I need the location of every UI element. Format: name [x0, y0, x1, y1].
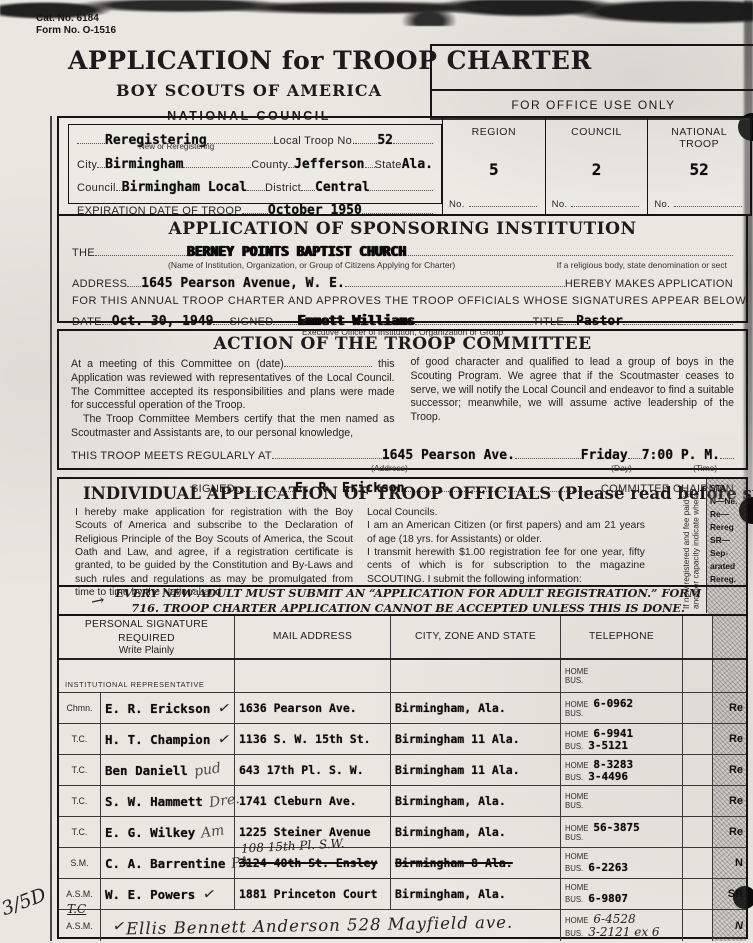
bus-label: BUS.	[565, 774, 583, 782]
signature-cell: W. E. Powers✓	[101, 879, 235, 909]
day-caption: (Day)	[611, 463, 632, 473]
city-cell: Birmingham, Ala.	[391, 879, 561, 909]
signed-label: SIGNED	[229, 316, 273, 328]
address-cell	[235, 660, 391, 692]
district-value: Central	[315, 180, 370, 195]
title-label: TITLE	[533, 316, 564, 328]
telephone-line: BUS.3-5121	[565, 740, 628, 751]
address-cell: 1741 Cleburn Ave.	[235, 786, 391, 816]
role-cell: S.M.	[59, 848, 101, 878]
troop-no-label: Local Troop No.	[273, 135, 355, 147]
city-value: Birmingham 11 Ala.	[395, 732, 520, 746]
institution-caption: (Name of Institution, Organization, or G…	[168, 260, 455, 270]
religious-caption: If a religious body, state denomination …	[557, 260, 727, 270]
signature-cell: E. R. Erickson✓	[101, 693, 235, 723]
role-value: Chmn.	[67, 703, 93, 713]
bus-label: BUS.	[565, 743, 583, 751]
signature-value: H. T. Champion	[105, 732, 210, 747]
city-value: Birmingham, Ala.	[395, 701, 506, 715]
office-use-label: FOR OFFICE USE ONLY	[432, 89, 753, 118]
home-value: 8-3283	[593, 759, 633, 770]
committee-text: At a meeting of this Committee on (date)…	[71, 356, 734, 441]
signature-value: S. W. Hammett	[105, 794, 203, 809]
city-cell	[391, 660, 561, 692]
signature-value: W. E. Powers	[105, 887, 195, 902]
inst-rep-cell: INSTITUTIONAL REPRESENTATIVE	[59, 660, 235, 692]
address-cell: 1136 S. W. 15th St.	[235, 724, 391, 754]
signature-cell: H. T. Champion✓	[101, 724, 235, 754]
status-code: Re	[729, 826, 743, 838]
office-grid: REGION 5 No. COUNCIL 2 No. NATIONAL TROO…	[442, 118, 750, 214]
spacer-cell	[683, 786, 713, 816]
individual-section: INDIVIDUAL APPLICATION OF TROOP OFFICIAL…	[57, 477, 748, 939]
region-value: 5	[443, 160, 545, 179]
signature-cell: C. A. BarrentinePA	[101, 848, 235, 878]
signature-cell: E. G. WilkeyAm	[101, 817, 235, 847]
table-row: T.CA.S.M.✓Ellis Bennett Anderson 528 May…	[59, 910, 746, 941]
table-row: A.S.M.W. E. Powers✓1881 Princeton CourtB…	[59, 879, 746, 910]
city-value: Birmingham, Ala.	[395, 887, 506, 901]
address-value: 643 17th Pl. S. W.	[239, 763, 364, 777]
city-value: Birmingham 11 Ala.	[395, 763, 520, 777]
spacer-cell	[683, 848, 713, 878]
signature-value: E. R. Erickson	[105, 701, 210, 716]
city-label: City	[77, 159, 97, 171]
role-cell: Chmn.	[59, 693, 101, 723]
margin-note: 3/5D	[0, 884, 49, 920]
committee-col-2: of good character and qualified to lead …	[411, 356, 735, 441]
committee-heading: ACTION OF THE TROOP COMMITTEE	[71, 334, 734, 354]
left-frame-line	[50, 116, 52, 941]
handwritten-note: Am	[200, 822, 225, 841]
city-cell: Birmingham, Ala.	[391, 693, 561, 723]
telephone-cell: HOME6-9941BUS.3-5121	[561, 724, 683, 754]
home-label: HOME	[565, 853, 588, 861]
officials-table: PERSONAL SIGNATURE REQUIRED Write Plainl…	[59, 616, 746, 937]
signature-value: E. G. Wilkey	[105, 825, 195, 840]
registration-section: Reregistering Local Troop No. 52 New or …	[57, 116, 752, 216]
status-cell: N	[713, 910, 746, 941]
telephone-line: BUS.3-2121 ex 6	[565, 926, 660, 938]
status-cell: N	[713, 848, 746, 878]
time-caption: (Time)	[693, 463, 717, 473]
page-title: APPLICATION for TROOP CHARTER	[68, 46, 430, 75]
telephone-cell: HOME BUS.	[561, 660, 683, 692]
address-value: 1881 Princeton Court	[239, 887, 377, 901]
role-value: S.M.	[70, 858, 88, 868]
sponsor-date-value: Oct. 30, 1949	[112, 314, 214, 329]
table-header-row: PERSONAL SIGNATURE REQUIRED Write Plainl…	[59, 616, 746, 660]
signature-header-cell: PERSONAL SIGNATURE REQUIRED Write Plainl…	[59, 616, 235, 658]
troop-no-value: 52	[377, 133, 393, 148]
sponsor-section: APPLICATION OF SPONSORING INSTITUTION TH…	[57, 214, 748, 323]
bus-label: BUS.	[565, 930, 583, 938]
role-value: T.C.	[72, 765, 88, 775]
telephone-cell: HOME8-3283BUS.3-4496	[561, 755, 683, 785]
home-label: HOME	[565, 762, 588, 770]
home-label: HOME	[565, 825, 588, 833]
national-troop-label: NATIONAL TROOP	[664, 126, 734, 150]
telephone-line: HOME	[565, 853, 593, 861]
cat-no: Cat. No. 6184	[36, 13, 116, 25]
no-label: No.	[654, 199, 670, 210]
office-use-box: FOR OFFICE USE ONLY	[430, 44, 753, 120]
home-label: HOME	[565, 793, 588, 801]
status-cell: Re	[713, 724, 746, 754]
status-cell: SR	[713, 879, 746, 909]
check-icon: ✓	[217, 729, 233, 749]
city-cell: Birmingham, Ala.	[391, 817, 561, 847]
date-label: DATE	[72, 316, 102, 328]
notice-text: EVERY NEW ADULT MUST SUBMIT AN “APPLICAT…	[110, 586, 746, 614]
telephone-line: BUS.	[565, 834, 588, 842]
inst-rep-label: INSTITUTIONAL REPRESENTATIVE	[65, 680, 204, 689]
no-label: No.	[552, 199, 568, 210]
status-code: N	[735, 920, 743, 932]
home-label: HOME	[565, 884, 588, 892]
city-value: Birmingham 8 Ala.	[395, 856, 513, 870]
home-value: 6-4528	[593, 913, 635, 925]
spacer-cell	[683, 660, 713, 692]
state-label: State	[375, 159, 402, 171]
role-correction: T.C	[67, 902, 86, 916]
meets-line: THIS TROOP MEETS REGULARLY AT 1645 Pears…	[71, 445, 734, 463]
registration-fields: Reregistering Local Troop No. 52 New or …	[68, 124, 442, 204]
telephone-line: HOME8-3283	[565, 759, 633, 770]
adult-registration-notice: → EVERY NEW ADULT MUST SUBMIT AN “APPLIC…	[59, 585, 746, 616]
role-value: A.S.M.	[66, 921, 92, 931]
address-label: ADDRESS	[72, 278, 127, 290]
county-value: Jefferson	[294, 157, 364, 172]
meets-time-value: 7:00 P. M.	[642, 448, 720, 463]
meets-captions: (Address) (Day) (Time)	[71, 463, 734, 474]
telephone-cell: HOME6-0962BUS.	[561, 693, 683, 723]
committee-col-1: At a meeting of this Committee on (date)…	[71, 356, 395, 441]
telephone-line: HOME6-9941	[565, 728, 633, 739]
scanned-form-page: Cat. No. 6184 Form No. O-1516 APPLICATIO…	[0, 0, 753, 943]
spacer-cell	[683, 693, 713, 723]
city-value: Birmingham	[105, 157, 183, 172]
sponsor-address-line: ADDRESS 1645 Pearson Avenue, W. E. HEREB…	[72, 273, 733, 291]
address-cell: 1881 Princeton Court	[235, 879, 391, 909]
telephone-line: HOME6-0962	[565, 698, 633, 709]
bus-label: BUS.	[565, 896, 583, 904]
registration-line-2: City Birmingham County Jefferson State A…	[77, 154, 433, 172]
city-value: Birmingham, Ala.	[395, 794, 506, 808]
city-cell: Birmingham 11 Ala.	[391, 724, 561, 754]
registration-line-3: Council Birmingham Local District Centra…	[77, 177, 433, 195]
sponsor-address-value: 1645 Pearson Avenue, W. E.	[141, 276, 345, 291]
status-cell: Re	[713, 693, 746, 723]
status-code: Re	[729, 795, 743, 807]
status-code: Re	[729, 702, 743, 714]
telephone-line: BUS.6-2263	[565, 862, 628, 873]
telephone-line: BUS.	[565, 710, 588, 718]
home-label: HOME	[565, 701, 588, 709]
table-row: T.C.H. T. Champion✓1136 S. W. 15th St.Bi…	[59, 724, 746, 755]
check-icon: ✓	[202, 884, 218, 904]
sponsor-captions: (Name of Institution, Organization, or G…	[72, 260, 733, 270]
telephone-line: BUS.3-4496	[565, 771, 628, 782]
status-cell	[713, 660, 746, 692]
address-value: 1636 Pearson Ave.	[239, 701, 357, 715]
catalog-numbers: Cat. No. 6184 Form No. O-1516	[36, 13, 116, 37]
spacer-cell	[683, 879, 713, 909]
address-caption: (Address)	[371, 463, 408, 473]
bus-label: BUS.	[565, 802, 583, 810]
status-cell: Re	[713, 755, 746, 785]
address-cell: 643 17th Pl. S. W.	[235, 755, 391, 785]
council-value: Birmingham Local	[122, 180, 247, 195]
bus-value: 3-5121	[588, 740, 628, 751]
home-label: HOME	[565, 917, 588, 925]
bus-value: 6-2263	[588, 862, 628, 873]
institution-name: BERNEY POINTS BAPTIST CHURCH	[187, 245, 406, 260]
makes-application-label: HEREBY MAKES APPLICATION	[565, 278, 733, 290]
status-code: SR	[728, 888, 743, 900]
right-arrow-icon: →	[89, 590, 106, 611]
signature-cell: S. W. HammettDre.	[101, 786, 235, 816]
bus-label: BUS.	[565, 834, 583, 842]
region-label: REGION	[443, 126, 545, 138]
status-code: N	[735, 857, 743, 869]
telephone-line: HOME	[565, 793, 593, 801]
home-value: 6-0962	[593, 698, 633, 709]
signature-value: C. A. Barrentine	[105, 856, 225, 871]
bus-value: 6-9807	[588, 893, 628, 904]
address-value: 1136 S. W. 15th St.	[239, 732, 371, 746]
region-column: REGION 5 No.	[442, 118, 545, 214]
address-value: 1225 Steiner Avenue	[239, 825, 371, 839]
spacer-cell	[683, 755, 713, 785]
handwritten-entry-cell: ✓Ellis Bennett Anderson 528 Mayfield ave…	[101, 910, 561, 941]
mail-header-cell: MAIL ADDRESS	[235, 616, 391, 658]
signature-cell: Ben Daniellpud	[101, 755, 235, 785]
role-value: T.C.	[72, 734, 88, 744]
home-value: 6-9941	[593, 728, 633, 739]
organization-name: BOY SCOUTS OF AMERICA	[68, 81, 430, 100]
table-row: T.C.S. W. HammettDre.1741 Cleburn Ave.Bi…	[59, 786, 746, 817]
city-header-cell: CITY, ZONE AND STATE	[391, 616, 561, 658]
spacer-cell	[683, 817, 713, 847]
address-value: 1741 Cleburn Ave.	[239, 794, 357, 808]
status-code: Re	[729, 733, 743, 745]
telephone-cell: HOMEBUS.6-2263	[561, 848, 683, 878]
registration-line-1: Reregistering Local Troop No. 52	[77, 130, 433, 148]
status-cell: Re	[713, 786, 746, 816]
role-value: T.C.	[72, 796, 88, 806]
role-cell: T.C.	[59, 755, 101, 785]
county-label: County	[251, 159, 288, 171]
sponsor-approval-line: FOR THIS ANNUAL TROOP CHARTER AND APPROV…	[72, 295, 733, 307]
home-value: 56-3875	[593, 822, 639, 833]
individual-heading: INDIVIDUAL APPLICATION OF TROOP OFFICIAL…	[59, 479, 746, 503]
bus-value: 3-4496	[588, 771, 628, 782]
telephone-line: BUS.6-9807	[565, 893, 628, 904]
check-icon: ✓	[112, 916, 128, 936]
telephone-line: HOME6-4528	[565, 913, 636, 925]
title-block: APPLICATION for TROOP CHARTER BOY SCOUTS…	[68, 46, 430, 123]
bus-value: 3-2121 ex 6	[588, 926, 659, 938]
telephone-header-cell: TELEPHONE	[561, 616, 683, 658]
home-label: HOME	[565, 731, 588, 739]
status-cell: Re	[713, 817, 746, 847]
city-cell: Birmingham 8 Ala.	[391, 848, 561, 878]
committee-section: ACTION OF THE TROOP COMMITTEE At a meeti…	[57, 329, 748, 470]
table-row: T.C.E. G. WilkeyAm1225 Steiner AvenueBir…	[59, 817, 746, 848]
sponsor-title-value: Pastor	[576, 314, 623, 329]
institutional-representative-row: INSTITUTIONAL REPRESENTATIVE HOME BUS.	[59, 660, 746, 693]
status-code: Re	[729, 764, 743, 776]
address-cell: 3124 40th St. Ensley108 15th Pl. S.W.	[235, 848, 391, 878]
form-no: Form No. O-1516	[36, 25, 116, 37]
role-cell: T.C.	[59, 786, 101, 816]
telephone-cell: HOMEBUS.	[561, 786, 683, 816]
meets-label: THIS TROOP MEETS REGULARLY AT	[71, 450, 272, 462]
table-row: S.M.C. A. BarrentinePA3124 40th St. Ensl…	[59, 848, 746, 879]
council-col-label: COUNCIL	[546, 126, 648, 138]
national-troop-value: 52	[648, 160, 750, 179]
spacer-cell	[683, 910, 713, 941]
role-value: A.S.M.	[66, 889, 92, 899]
role-value: T.C.	[72, 827, 88, 837]
sponsor-heading: APPLICATION OF SPONSORING INSTITUTION	[72, 219, 733, 239]
city-cell: Birmingham, Ala.	[391, 786, 561, 816]
spacer-header-cell	[683, 616, 713, 658]
role-cell: T.C.	[59, 724, 101, 754]
no-label: No.	[449, 199, 465, 210]
status-caption: New or Reregistering	[139, 142, 214, 151]
address-cell: 1636 Pearson Ave.	[235, 693, 391, 723]
check-icon: ✓	[217, 698, 233, 718]
meets-address-value: 1645 Pearson Ave.	[382, 448, 515, 463]
city-value: Birmingham, Ala.	[395, 825, 506, 839]
table-row: Chmn.E. R. Erickson✓1636 Pearson Ave.Bir…	[59, 693, 746, 724]
sponsor-name-line: THE BERNEY POINTS BAPTIST CHURCH	[72, 242, 733, 260]
council-col-value: 2	[546, 160, 648, 179]
national-troop-column: NATIONAL TROOP 52 No.	[647, 118, 750, 214]
telephone-cell: HOMEBUS.6-9807	[561, 879, 683, 909]
handwritten-entry: Ellis Bennett Anderson 528 Mayfield ave.	[125, 913, 513, 939]
address-value: 3124 40th St. Ensley	[239, 856, 377, 870]
the-label: THE	[72, 247, 95, 259]
telephone-line: HOME56-3875	[565, 822, 640, 833]
meets-day-value: Friday	[581, 448, 628, 463]
role-cell: T.CA.S.M.	[59, 910, 101, 941]
spacer-cell	[683, 724, 713, 754]
state-value: Ala.	[402, 157, 433, 172]
council-column: COUNCIL 2 No.	[545, 118, 648, 214]
table-row: T.C.Ben Daniellpud643 17th Pl. S. W.Birm…	[59, 755, 746, 786]
role-cell: T.C.	[59, 817, 101, 847]
bus-label: BUS.	[565, 865, 583, 873]
telephone-cell: HOME56-3875BUS.	[561, 817, 683, 847]
signature-value: Ben Daniell	[105, 763, 188, 778]
district-label: District	[265, 182, 301, 194]
council-label: Council	[77, 182, 116, 194]
telephone-line: BUS.	[565, 802, 588, 810]
status-header-cell	[713, 616, 746, 658]
bus-label: BUS.	[565, 710, 583, 718]
telephone-cell: HOME6-4528BUS.3-2121 ex 6	[561, 910, 683, 941]
city-cell: Birmingham 11 Ala.	[391, 755, 561, 785]
handwritten-note: pud	[193, 760, 222, 780]
telephone-line: HOME	[565, 884, 593, 892]
